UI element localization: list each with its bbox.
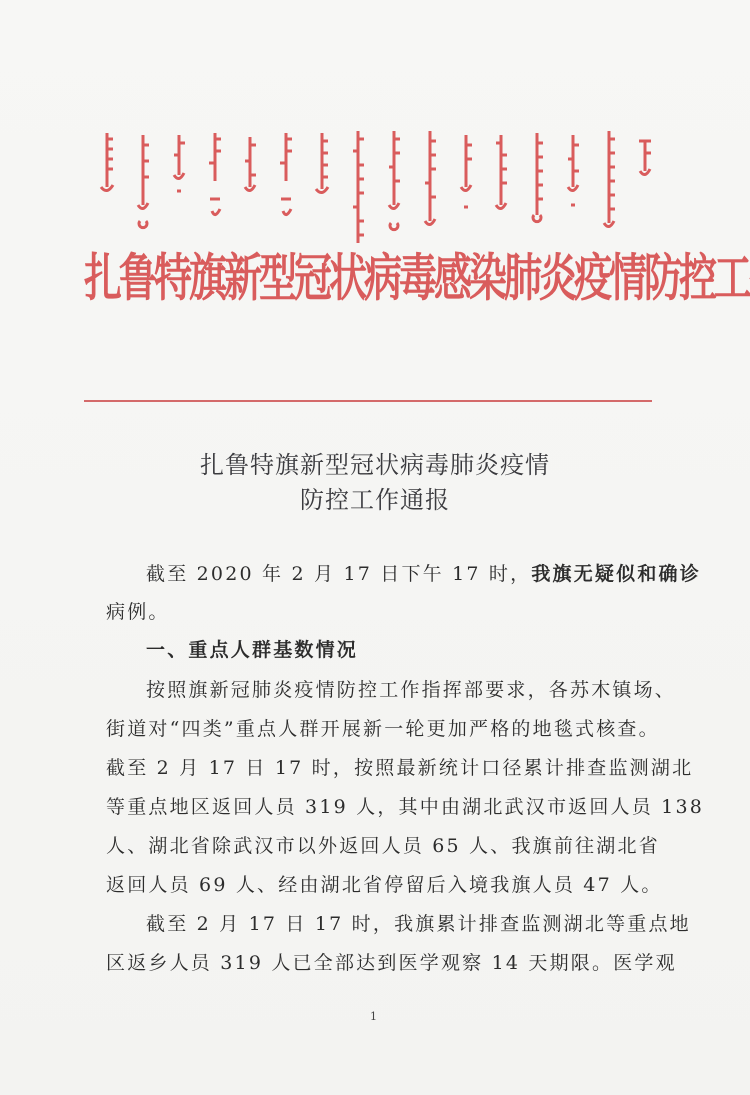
mongolian-word [275,125,297,245]
paragraph-2-line-2: 街道对“四类”重点人群开展新一轮更加严格的地毯式核查。 [106,711,660,747]
page-number: 1 [370,1010,377,1023]
paragraph-2-line-1: 按照旗新冠肺炎疫情防控工作指挥部要求，各苏木镇场、 [146,672,676,708]
mongolian-word [204,125,226,245]
mongolian-word [490,125,512,245]
document-page: 扎鲁特旗新型冠状病毒感染肺炎疫情防控工作指挥部 扎鲁特旗新型冠状病毒肺炎疫情 防… [0,0,750,1095]
mongolian-word [383,125,405,245]
paragraph-3-line-1: 截至 2 月 17 日 17 时，我旗累计排查监测湖北等重点地 [146,906,691,942]
section-1-heading: 一、重点人群基数情况 [146,632,358,668]
mongolian-word [96,125,118,245]
mongolian-word [562,125,584,245]
mongolian-word [419,125,441,245]
letterhead-divider [84,400,652,402]
mongolian-word [455,125,477,245]
paragraph-2-line-4: 等重点地区返回人员 319 人，其中由湖北武汉市返回人员 138 [106,789,704,825]
mongolian-word [311,125,333,245]
document-title-line-2: 防控工作通报 [0,480,750,515]
paragraph-1-line-2: 病例。 [106,594,170,630]
mongolian-letterhead [96,125,656,245]
mongolian-word [347,125,369,245]
paragraph-1-status-text: 我旗无疑似和确诊 [531,563,701,585]
paragraph-2-line-3: 截至 2 月 17 日 17 时，按照最新统计口径累计排查监测湖北 [106,750,693,786]
paragraph-2-line-6: 返回人员 69 人、经由湖北省停留后入境我旗人员 47 人。 [106,867,663,903]
mongolian-word [634,125,656,245]
mongolian-word [239,125,261,245]
mongolian-word [526,125,548,245]
mongolian-word [168,125,190,245]
paragraph-3-line-2: 区返乡人员 319 人已全部达到医学观察 14 天期限。医学观 [106,945,677,981]
paragraph-1-line-1: 截至 2020 年 2 月 17 日下午 17 时，我旗无疑似和确诊 [146,556,701,592]
document-title-line-1: 扎鲁特旗新型冠状病毒肺炎疫情 [0,445,750,480]
paragraph-1-date-text: 截至 2020 年 2 月 17 日下午 17 时， [146,563,531,585]
mongolian-word [132,125,154,245]
mongolian-word [598,125,620,245]
paragraph-2-line-5: 人、湖北省除武汉市以外返回人员 65 人、我旗前往湖北省 [106,828,660,864]
letterhead-title: 扎鲁特旗新型冠状病毒感染肺炎疫情防控工作指挥部 [84,244,664,312]
